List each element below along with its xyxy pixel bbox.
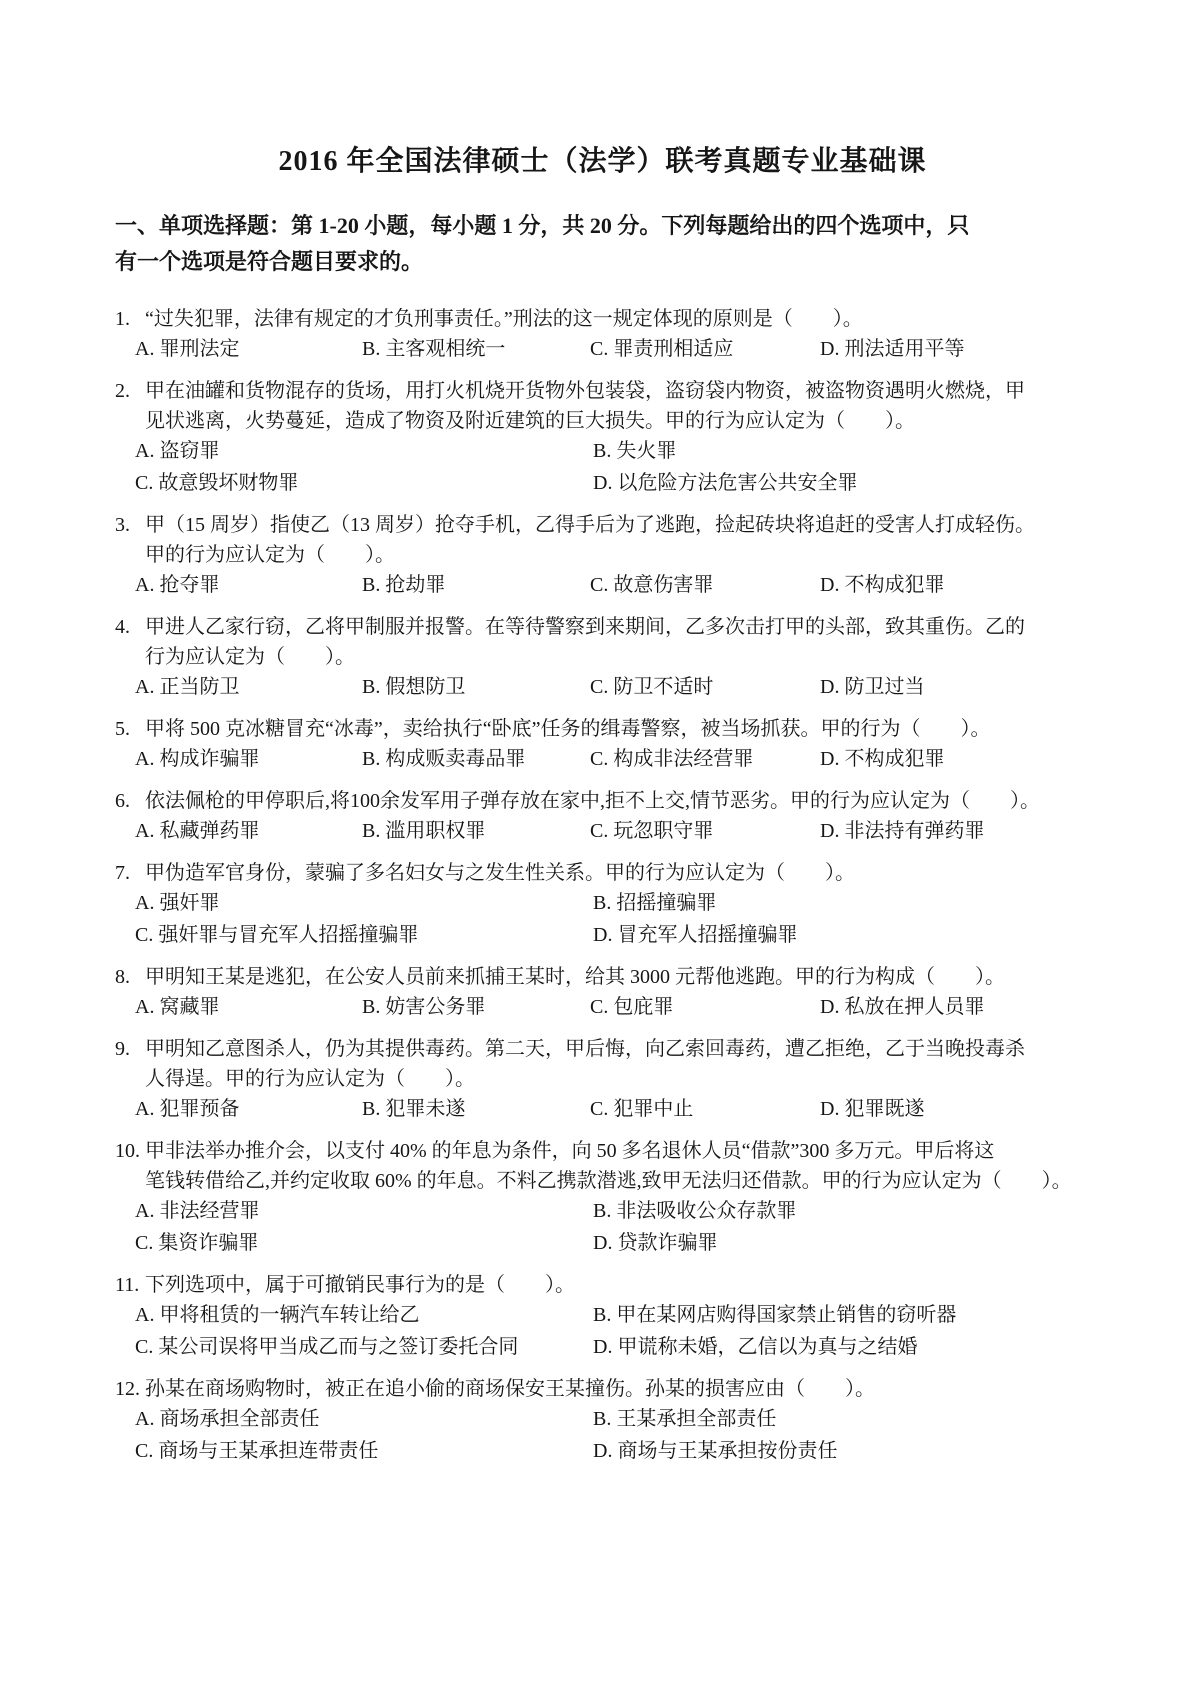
option-list: A.抢夺罪B.抢劫罪C.故意伤害罪D.不构成犯罪 <box>115 570 1090 600</box>
option-item: C.犯罪中止 <box>590 1094 820 1124</box>
option-item: C.故意伤害罪 <box>590 570 820 600</box>
question-text: 6.依法佩枪的甲停职后,将100余发军用子弹存放在家中,拒不上交,情节恶劣。甲的… <box>115 786 1090 816</box>
question-item: 11.下列选项中，属于可撤销民事行为的是（ ）。 A.甲将租赁的一辆汽车转让给乙… <box>115 1270 1090 1362</box>
question-number: 6. <box>115 786 145 816</box>
question-item: 2.甲在油罐和货物混存的货场，用打火机烧开货物外包装袋，盗窃袋内物资，被盗物资遇… <box>115 376 1090 498</box>
question-number: 5. <box>115 714 145 744</box>
option-item: B.构成贩卖毒品罪 <box>362 744 590 774</box>
option-label: A. <box>135 748 154 770</box>
option-list: A.强奸罪B.招摇撞骗罪C.强奸罪与冒充军人招摇撞骗罪D.冒充军人招摇撞骗罪 <box>115 888 1090 950</box>
option-list: A.盗窃罪B.失火罪C.故意毁坏财物罪D.以危险方法危害公共安全罪 <box>115 436 1090 498</box>
option-label: B. <box>362 748 380 770</box>
question-item: 10.甲非法举办推介会，以支付 40% 的年息为条件，向 50 多名退休人员“借… <box>115 1136 1090 1258</box>
option-label: A. <box>135 338 154 360</box>
option-label: C. <box>135 1440 153 1462</box>
question-body: 甲将 500 克冰糖冒充“冰毒”，卖给执行“卧底”任务的缉毒警察，被当场抓获。甲… <box>145 718 991 740</box>
option-list: A.正当防卫B.假想防卫C.防卫不适时D.防卫过当 <box>115 672 1090 702</box>
option-label: C. <box>135 1232 153 1254</box>
question-item: 6.依法佩枪的甲停职后,将100余发军用子弹存放在家中,拒不上交,情节恶劣。甲的… <box>115 786 1090 846</box>
option-item: B.滥用职权罪 <box>362 816 590 846</box>
option-item: A.商场承担全部责任 <box>135 1404 593 1434</box>
option-list: A.甲将租赁的一辆汽车转让给乙B.甲在某网店购得国家禁止销售的窃听器C.某公司误… <box>115 1300 1090 1362</box>
question-number: 7. <box>115 858 145 888</box>
option-label: D. <box>820 748 839 770</box>
option-list: A.私藏弹药罪B.滥用职权罪C.玩忽职守罪D.非法持有弹药罪 <box>115 816 1090 846</box>
option-text: 王某承担全部责任 <box>616 1408 776 1430</box>
option-text: 私藏弹药罪 <box>159 820 259 842</box>
question-number: 11. <box>115 1270 145 1300</box>
option-label: D. <box>820 574 839 596</box>
option-label: D. <box>593 1232 612 1254</box>
option-text: 商场与王某承担连带责任 <box>158 1440 378 1462</box>
option-label: D. <box>593 472 612 494</box>
option-item: A.抢夺罪 <box>135 570 362 600</box>
option-text: 防卫不适时 <box>613 676 713 698</box>
option-item: D.贷款诈骗罪 <box>593 1228 1090 1258</box>
option-item: C.包庇罪 <box>590 992 820 1022</box>
option-text: 盗窃罪 <box>159 440 219 462</box>
option-label: A. <box>135 820 154 842</box>
question-text: 2.甲在油罐和货物混存的货场，用打火机烧开货物外包装袋，盗窃袋内物资，被盗物资遇… <box>115 376 1090 436</box>
option-text: 某公司误将甲当成乙而与之签订委托合同 <box>158 1336 518 1358</box>
option-label: A. <box>135 1408 154 1430</box>
option-item: C.商场与王某承担连带责任 <box>135 1436 593 1466</box>
question-item: 4.甲进人乙家行窃，乙将甲制服并报警。在等待警察到来期间，乙多次击打甲的头部，致… <box>115 612 1090 702</box>
option-label: C. <box>590 1098 608 1120</box>
option-label: B. <box>362 338 380 360</box>
option-item: D.不构成犯罪 <box>820 570 1090 600</box>
option-item: B.犯罪未遂 <box>362 1094 590 1124</box>
option-text: 非法经营罪 <box>159 1200 259 1222</box>
option-item: A.非法经营罪 <box>135 1196 593 1226</box>
question-body: 甲伪造军官身份，蒙骗了多名妇女与之发生性关系。甲的行为应认定为（ ）。 <box>145 862 855 884</box>
option-item: D.商场与王某承担按份责任 <box>593 1436 1090 1466</box>
option-item: D.不构成犯罪 <box>820 744 1090 774</box>
question-body: 甲非法举办推介会，以支付 40% 的年息为条件，向 50 多名退休人员“借款”3… <box>145 1140 1072 1192</box>
question-text: 5.甲将 500 克冰糖冒充“冰毒”，卖给执行“卧底”任务的缉毒警察，被当场抓获… <box>115 714 1090 744</box>
option-item: D.犯罪既遂 <box>820 1094 1090 1124</box>
option-label: C. <box>590 820 608 842</box>
option-text: 犯罪预备 <box>159 1098 239 1120</box>
question-item: 12.孙某在商场购物时，被正在追小偷的商场保安王某撞伤。孙某的损害应由（ ）。 … <box>115 1374 1090 1466</box>
option-text: 甲将租赁的一辆汽车转让给乙 <box>159 1304 419 1326</box>
option-list: A.罪刑法定B.主客观相统一C.罪责刑相适应D.刑法适用平等 <box>115 334 1090 364</box>
option-item: D.以危险方法危害公共安全罪 <box>593 468 1090 498</box>
option-text: 罪责刑相适应 <box>613 338 733 360</box>
option-text: 强奸罪 <box>159 892 219 914</box>
question-item: 7.甲伪造军官身份，蒙骗了多名妇女与之发生性关系。甲的行为应认定为（ ）。 A.… <box>115 858 1090 950</box>
option-text: 犯罪既遂 <box>844 1098 924 1120</box>
option-text: 失火罪 <box>616 440 676 462</box>
option-text: 故意毁坏财物罪 <box>158 472 298 494</box>
section-header: 一、单项选择题：第 1-20 小题，每小题 1 分，共 20 分。下列每题给出的… <box>115 208 1090 280</box>
option-item: A.私藏弹药罪 <box>135 816 362 846</box>
option-label: B. <box>362 1098 380 1120</box>
option-item: C.强奸罪与冒充军人招摇撞骗罪 <box>135 920 593 950</box>
option-item: D.冒充军人招摇撞骗罪 <box>593 920 1090 950</box>
option-item: B.抢劫罪 <box>362 570 590 600</box>
exam-page: 2016 年全国法律硕士（法学）联考真题专业基础课 一、单项选择题：第 1-20… <box>0 0 1190 1683</box>
question-list: 1.“过失犯罪，法律有规定的才负刑事责任。”刑法的这一规定体现的原则是（ ）。 … <box>115 304 1090 1466</box>
option-text: 商场承担全部责任 <box>159 1408 319 1430</box>
option-label: A. <box>135 892 154 914</box>
question-number: 8. <box>115 962 145 992</box>
option-label: B. <box>593 1304 611 1326</box>
question-item: 5.甲将 500 克冰糖冒充“冰毒”，卖给执行“卧底”任务的缉毒警察，被当场抓获… <box>115 714 1090 774</box>
option-label: A. <box>135 1304 154 1326</box>
option-label: B. <box>362 676 380 698</box>
question-body: 下列选项中，属于可撤销民事行为的是（ ）。 <box>145 1274 575 1296</box>
option-text: 妨害公务罪 <box>385 996 485 1018</box>
question-text: 3.甲（15 周岁）指使乙（13 周岁）抢夺手机，乙得手后为了逃跑，捡起砖块将追… <box>115 510 1090 570</box>
option-text: 包庇罪 <box>613 996 673 1018</box>
question-item: 8.甲明知王某是逃犯，在公安人员前来抓捕王某时，给其 3000 元帮他逃跑。甲的… <box>115 962 1090 1022</box>
question-text: 10.甲非法举办推介会，以支付 40% 的年息为条件，向 50 多名退休人员“借… <box>115 1136 1090 1196</box>
question-text: 12.孙某在商场购物时，被正在追小偷的商场保安王某撞伤。孙某的损害应由（ ）。 <box>115 1374 1090 1404</box>
question-number: 3. <box>115 510 145 540</box>
question-body: “过失犯罪，法律有规定的才负刑事责任。”刑法的这一规定体现的原则是（ ）。 <box>145 308 863 330</box>
option-label: C. <box>135 1336 153 1358</box>
option-label: D. <box>820 996 839 1018</box>
question-item: 3.甲（15 周岁）指使乙（13 周岁）抢夺手机，乙得手后为了逃跑，捡起砖块将追… <box>115 510 1090 600</box>
option-label: D. <box>820 676 839 698</box>
page-title: 2016 年全国法律硕士（法学）联考真题专业基础课 <box>115 142 1090 182</box>
option-text: 构成诈骗罪 <box>159 748 259 770</box>
option-list: A.窝藏罪B.妨害公务罪C.包庇罪D.私放在押人员罪 <box>115 992 1090 1022</box>
option-label: D. <box>593 1440 612 1462</box>
question-body: 依法佩枪的甲停职后,将100余发军用子弹存放在家中,拒不上交,情节恶劣。甲的行为… <box>145 790 1040 812</box>
question-text: 8.甲明知王某是逃犯，在公安人员前来抓捕王某时，给其 3000 元帮他逃跑。甲的… <box>115 962 1090 992</box>
option-list: A.犯罪预备B.犯罪未遂C.犯罪中止D.犯罪既遂 <box>115 1094 1090 1124</box>
option-text: 甲谎称未婚，乙信以为真与之结婚 <box>617 1336 917 1358</box>
option-item: D.私放在押人员罪 <box>820 992 1090 1022</box>
option-text: 冒充军人招摇撞骗罪 <box>617 924 797 946</box>
option-label: C. <box>590 574 608 596</box>
question-text: 11.下列选项中，属于可撤销民事行为的是（ ）。 <box>115 1270 1090 1300</box>
option-text: 犯罪未遂 <box>385 1098 465 1120</box>
option-item: D.刑法适用平等 <box>820 334 1090 364</box>
option-item: D.防卫过当 <box>820 672 1090 702</box>
option-text: 假想防卫 <box>385 676 465 698</box>
question-number: 2. <box>115 376 145 406</box>
option-label: A. <box>135 574 154 596</box>
option-label: D. <box>820 338 839 360</box>
option-label: C. <box>135 472 153 494</box>
question-item: 1.“过失犯罪，法律有规定的才负刑事责任。”刑法的这一规定体现的原则是（ ）。 … <box>115 304 1090 364</box>
option-label: C. <box>590 996 608 1018</box>
option-text: 构成贩卖毒品罪 <box>385 748 525 770</box>
option-label: B. <box>362 820 380 842</box>
question-number: 4. <box>115 612 145 642</box>
option-text: 故意伤害罪 <box>613 574 713 596</box>
option-label: D. <box>820 820 839 842</box>
option-text: 罪刑法定 <box>159 338 239 360</box>
option-text: 刑法适用平等 <box>844 338 964 360</box>
option-label: D. <box>593 1336 612 1358</box>
option-item: C.罪责刑相适应 <box>590 334 820 364</box>
option-item: A.犯罪预备 <box>135 1094 362 1124</box>
option-label: B. <box>593 440 611 462</box>
question-text: 9.甲明知乙意图杀人，仍为其提供毒药。第二天，甲后悔，向乙索回毒药，遭乙拒绝，乙… <box>115 1034 1090 1094</box>
question-text: 1.“过失犯罪，法律有规定的才负刑事责任。”刑法的这一规定体现的原则是（ ）。 <box>115 304 1090 334</box>
option-text: 犯罪中止 <box>613 1098 693 1120</box>
option-text: 窝藏罪 <box>159 996 219 1018</box>
option-item: A.窝藏罪 <box>135 992 362 1022</box>
option-text: 私放在押人员罪 <box>844 996 984 1018</box>
question-body: 甲进人乙家行窃，乙将甲制服并报警。在等待警察到来期间，乙多次击打甲的头部，致其重… <box>145 616 1025 668</box>
option-item: C.防卫不适时 <box>590 672 820 702</box>
option-text: 商场与王某承担按份责任 <box>617 1440 837 1462</box>
question-text: 7.甲伪造军官身份，蒙骗了多名妇女与之发生性关系。甲的行为应认定为（ ）。 <box>115 858 1090 888</box>
option-text: 甲在某网店购得国家禁止销售的窃听器 <box>616 1304 956 1326</box>
option-text: 构成非法经营罪 <box>613 748 753 770</box>
option-item: B.假想防卫 <box>362 672 590 702</box>
option-item: B.主客观相统一 <box>362 334 590 364</box>
option-text: 主客观相统一 <box>385 338 505 360</box>
option-label: C. <box>590 338 608 360</box>
option-label: B. <box>593 892 611 914</box>
option-list: A.构成诈骗罪B.构成贩卖毒品罪C.构成非法经营罪D.不构成犯罪 <box>115 744 1090 774</box>
option-item: B.王某承担全部责任 <box>593 1404 1090 1434</box>
option-item: B.失火罪 <box>593 436 1090 466</box>
option-text: 不构成犯罪 <box>844 574 944 596</box>
option-text: 贷款诈骗罪 <box>617 1232 717 1254</box>
option-label: A. <box>135 676 154 698</box>
option-item: C.集资诈骗罪 <box>135 1228 593 1258</box>
option-label: D. <box>820 1098 839 1120</box>
question-number: 12. <box>115 1374 145 1404</box>
option-item: D.甲谎称未婚，乙信以为真与之结婚 <box>593 1332 1090 1362</box>
question-body: 甲明知王某是逃犯，在公安人员前来抓捕王某时，给其 3000 元帮他逃跑。甲的行为… <box>145 966 1005 988</box>
option-item: A.构成诈骗罪 <box>135 744 362 774</box>
option-text: 非法吸收公众存款罪 <box>616 1200 796 1222</box>
option-item: A.甲将租赁的一辆汽车转让给乙 <box>135 1300 593 1330</box>
option-label: C. <box>590 748 608 770</box>
question-body: 孙某在商场购物时，被正在追小偷的商场保安王某撞伤。孙某的损害应由（ ）。 <box>145 1378 875 1400</box>
question-number: 9. <box>115 1034 145 1064</box>
option-item: C.故意毁坏财物罪 <box>135 468 593 498</box>
option-text: 防卫过当 <box>844 676 924 698</box>
option-label: D. <box>593 924 612 946</box>
option-label: B. <box>362 574 380 596</box>
option-label: A. <box>135 1200 154 1222</box>
option-item: B.妨害公务罪 <box>362 992 590 1022</box>
question-number: 1. <box>115 304 145 334</box>
question-number: 10. <box>115 1136 145 1166</box>
option-text: 抢夺罪 <box>159 574 219 596</box>
option-list: A.商场承担全部责任B.王某承担全部责任C.商场与王某承担连带责任D.商场与王某… <box>115 1404 1090 1466</box>
option-item: A.盗窃罪 <box>135 436 593 466</box>
option-label: C. <box>590 676 608 698</box>
option-label: C. <box>135 924 153 946</box>
option-label: A. <box>135 1098 154 1120</box>
question-body: 甲在油罐和货物混存的货场，用打火机烧开货物外包装袋，盗窃袋内物资，被盗物资遇明火… <box>145 380 1025 432</box>
option-text: 抢劫罪 <box>385 574 445 596</box>
option-item: A.正当防卫 <box>135 672 362 702</box>
question-body: 甲明知乙意图杀人，仍为其提供毒药。第二天，甲后悔，向乙索回毒药，遭乙拒绝，乙于当… <box>145 1038 1025 1090</box>
option-item: D.非法持有弹药罪 <box>820 816 1090 846</box>
option-text: 集资诈骗罪 <box>158 1232 258 1254</box>
question-body: 甲（15 周岁）指使乙（13 周岁）抢夺手机，乙得手后为了逃跑，捡起砖块将追赶的… <box>145 514 1035 566</box>
option-label: A. <box>135 440 154 462</box>
option-text: 招摇撞骗罪 <box>616 892 716 914</box>
option-text: 滥用职权罪 <box>385 820 485 842</box>
option-item: C.构成非法经营罪 <box>590 744 820 774</box>
option-label: B. <box>593 1408 611 1430</box>
option-text: 不构成犯罪 <box>844 748 944 770</box>
option-label: A. <box>135 996 154 1018</box>
question-item: 9.甲明知乙意图杀人，仍为其提供毒药。第二天，甲后悔，向乙索回毒药，遭乙拒绝，乙… <box>115 1034 1090 1124</box>
option-item: A.罪刑法定 <box>135 334 362 364</box>
option-text: 玩忽职守罪 <box>613 820 713 842</box>
option-item: B.甲在某网店购得国家禁止销售的窃听器 <box>593 1300 1090 1330</box>
option-label: B. <box>593 1200 611 1222</box>
option-label: B. <box>362 996 380 1018</box>
question-text: 4.甲进人乙家行窃，乙将甲制服并报警。在等待警察到来期间，乙多次击打甲的头部，致… <box>115 612 1090 672</box>
option-item: A.强奸罪 <box>135 888 593 918</box>
option-item: B.非法吸收公众存款罪 <box>593 1196 1090 1226</box>
option-text: 强奸罪与冒充军人招摇撞骗罪 <box>158 924 418 946</box>
option-item: B.招摇撞骗罪 <box>593 888 1090 918</box>
option-text: 非法持有弹药罪 <box>844 820 984 842</box>
option-item: C.玩忽职守罪 <box>590 816 820 846</box>
option-text: 正当防卫 <box>159 676 239 698</box>
option-item: C.某公司误将甲当成乙而与之签订委托合同 <box>135 1332 593 1362</box>
option-list: A.非法经营罪B.非法吸收公众存款罪C.集资诈骗罪D.贷款诈骗罪 <box>115 1196 1090 1258</box>
option-text: 以危险方法危害公共安全罪 <box>617 472 857 494</box>
